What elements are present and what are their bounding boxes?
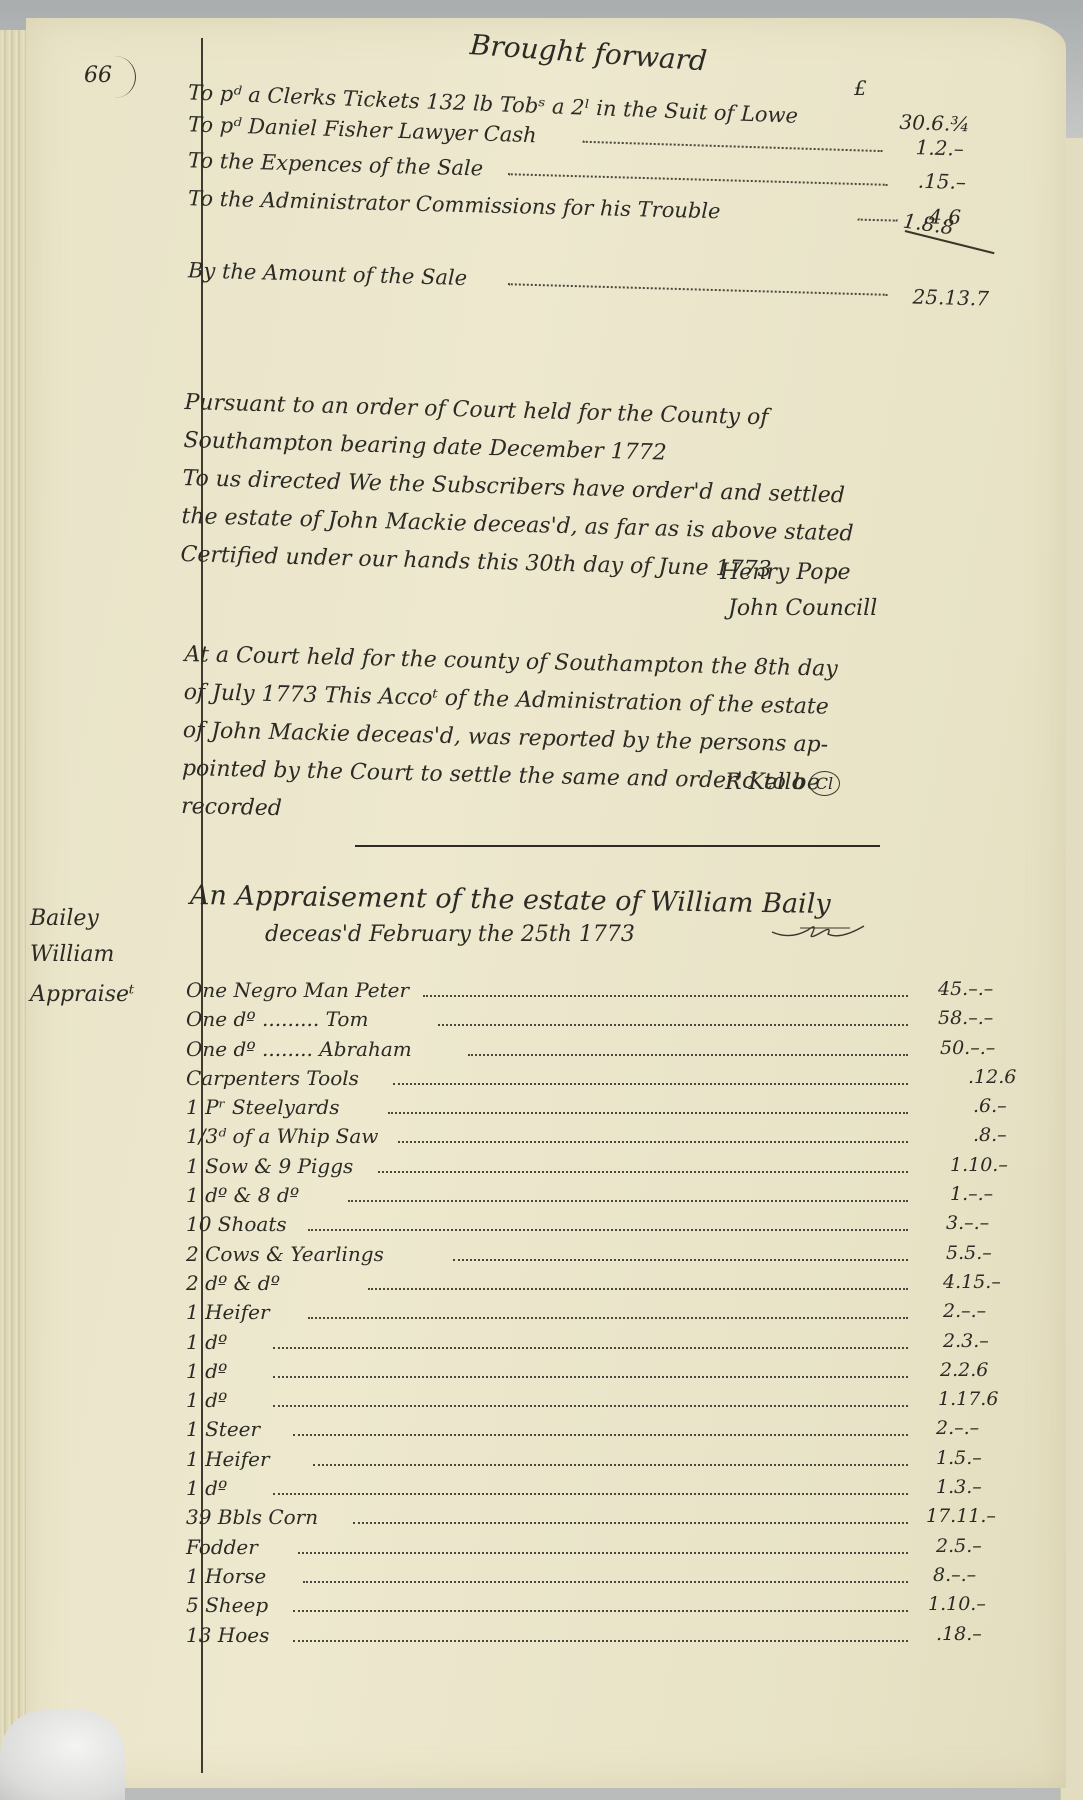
item-label: One Negro Man Peter [186, 978, 409, 1002]
list-item: 1 Steer2.–.– [178, 1417, 1018, 1446]
item-amount: 8.–.– [933, 1564, 976, 1586]
clerk-name: R Kello [725, 770, 805, 795]
section-divider [355, 845, 880, 847]
item-label: 1/3ᵈ of a Whip Saw [186, 1124, 378, 1148]
signature-henry-pope: Henry Pope [720, 560, 851, 585]
list-item: 1 dº2.2.6 [178, 1359, 1018, 1388]
item-label: 2 dº & dº [186, 1271, 280, 1295]
credit-row-amount: 25.13.7 [912, 285, 989, 311]
dot-leader [273, 1376, 908, 1378]
item-label: 5 Sheep [186, 1593, 268, 1617]
item-label: 39 Bbls Corn [186, 1505, 318, 1529]
item-amount: 5.5.– [946, 1242, 992, 1264]
item-amount: 2.2.6 [940, 1359, 988, 1381]
dot-leader [438, 1024, 908, 1026]
dot-leader [308, 1317, 908, 1319]
item-amount: 1.–.– [950, 1183, 993, 1205]
gloved-finger [0, 1710, 125, 1800]
item-label: 13 Hoes [186, 1623, 269, 1647]
list-item: 2 dº & dº4.15.– [178, 1271, 1018, 1300]
item-label: 1 Pʳ Steelyards [186, 1095, 340, 1119]
dot-leader [388, 1112, 908, 1114]
list-item: 1 dº2.3.– [178, 1330, 1018, 1359]
item-amount: 1.3.– [936, 1476, 982, 1498]
dot-leader [298, 1552, 908, 1554]
item-amount: 2.–.– [943, 1300, 986, 1322]
dot-leader [583, 141, 883, 152]
dot-leader [468, 1054, 908, 1056]
appraisement-subtitle: deceas'd February the 25th 1773 [265, 922, 635, 947]
item-amount: .8.– [973, 1124, 1007, 1146]
item-amount: 2.5.– [936, 1535, 982, 1557]
dot-leader [308, 1229, 908, 1231]
item-amount: 58.–.– [938, 1007, 993, 1029]
item-label: 1 dº [186, 1388, 227, 1412]
dot-leader [348, 1200, 908, 1202]
clerk-signature: R KelloCl [725, 770, 840, 796]
margin-note-surname: Bailey [30, 906, 99, 931]
dot-leader [393, 1083, 908, 1085]
item-amount: 3.–.– [946, 1212, 989, 1234]
item-label: 1 Steer [186, 1417, 260, 1441]
item-label: 1 dº [186, 1330, 227, 1354]
dot-leader [423, 995, 908, 997]
account-subtotal-amount: 1.8.8 [902, 209, 956, 240]
account-row-amount: .15.– [917, 169, 966, 194]
dot-leader [273, 1347, 908, 1349]
list-item: 1 Sow & 9 Piggs1.10.– [178, 1154, 1018, 1183]
page-number: 66 [66, 56, 136, 98]
court-record-paragraph: At a Court held for the county of Southa… [181, 636, 838, 841]
item-amount: 2.3.– [943, 1330, 989, 1352]
item-amount: 1.5.– [936, 1447, 982, 1469]
dot-leader [368, 1288, 908, 1290]
dot-leader [313, 1464, 908, 1466]
item-label: 1 dº [186, 1359, 227, 1383]
item-amount: 1.17.6 [938, 1388, 998, 1410]
list-item: One dº ........ Abraham50.–.– [178, 1037, 1018, 1066]
clerk-seal: Cl [809, 771, 840, 796]
list-item: 1 dº & 8 dº1.–.– [178, 1183, 1018, 1212]
margin-note-type: Appraiseᵗ [30, 982, 134, 1007]
item-amount: 1.10.– [928, 1593, 986, 1615]
dot-leader [293, 1610, 908, 1612]
list-item: One Negro Man Peter45.–.– [178, 978, 1018, 1007]
list-item: 1 Horse8.–.– [178, 1564, 1018, 1593]
item-amount: 50.–.– [940, 1037, 995, 1059]
flourish-ornament [770, 918, 870, 942]
margin-note-forename: William [30, 942, 114, 967]
list-item: 1 Heifer2.–.– [178, 1300, 1018, 1329]
item-label: Carpenters Tools [186, 1066, 359, 1090]
list-item: 2 Cows & Yearlings5.5.– [178, 1242, 1018, 1271]
item-amount: 17.11.– [926, 1505, 996, 1527]
item-label: 1 dº [186, 1476, 227, 1500]
dot-leader [378, 1171, 908, 1173]
item-label: 1 Heifer [186, 1447, 270, 1471]
list-item: Fodder2.5.– [178, 1535, 1018, 1564]
list-item: 1 Pʳ Steelyards.6.– [178, 1095, 1018, 1124]
dot-leader [273, 1405, 908, 1407]
item-label: 10 Shoats [186, 1212, 287, 1236]
list-item: 10 Shoats3.–.– [178, 1212, 1018, 1241]
item-label: One dº ......... Tom [186, 1007, 368, 1031]
item-amount: .18.– [936, 1623, 982, 1645]
list-item: 1/3ᵈ of a Whip Saw.8.– [178, 1124, 1018, 1153]
dot-leader [508, 283, 888, 296]
account-subtotal-row: 1.8.8 [178, 212, 998, 242]
list-item: 5 Sheep1.10.– [178, 1593, 1018, 1622]
item-amount: 1.10.– [950, 1154, 1008, 1176]
dot-leader [293, 1434, 908, 1436]
list-item: 1 dº1.3.– [178, 1476, 1018, 1505]
dot-leader [508, 173, 888, 186]
dot-leader [453, 1259, 908, 1261]
item-amount: .6.– [973, 1095, 1007, 1117]
item-label: 1 Horse [186, 1564, 266, 1588]
list-item: 13 Hoes.18.– [178, 1623, 1018, 1652]
currency-symbol: £ [854, 76, 867, 100]
item-label: 1 Heifer [186, 1300, 270, 1324]
item-amount: 45.–.– [938, 978, 993, 1000]
dot-leader [293, 1640, 908, 1642]
list-item: 1 dº1.17.6 [178, 1388, 1018, 1417]
dot-leader [398, 1141, 908, 1143]
item-label: Fodder [186, 1535, 258, 1559]
dot-leader [273, 1493, 908, 1495]
appraisement-list: One Negro Man Peter45.–.– One dº .......… [178, 978, 1018, 1652]
item-amount: .12.6 [968, 1066, 1016, 1088]
item-label: One dº ........ Abraham [186, 1037, 412, 1061]
item-amount: 4.15.– [943, 1271, 1001, 1293]
account-row-amount: 30.6.¾ [899, 110, 970, 137]
item-amount: 2.–.– [936, 1417, 979, 1439]
signature-john-councill: John Councill [728, 596, 877, 621]
list-item: 39 Bbls Corn17.11.– [178, 1505, 1018, 1534]
list-item: 1 Heifer1.5.– [178, 1447, 1018, 1476]
list-item: One dº ......... Tom58.–.– [178, 1007, 1018, 1036]
item-label: 1 dº & 8 dº [186, 1183, 299, 1207]
dot-leader [303, 1581, 908, 1583]
list-item: Carpenters Tools.12.6 [178, 1066, 1018, 1095]
item-label: 2 Cows & Yearlings [186, 1242, 384, 1266]
account-row-amount: 1.2.– [915, 135, 964, 161]
dot-leader [353, 1522, 908, 1524]
item-label: 1 Sow & 9 Piggs [186, 1154, 353, 1178]
